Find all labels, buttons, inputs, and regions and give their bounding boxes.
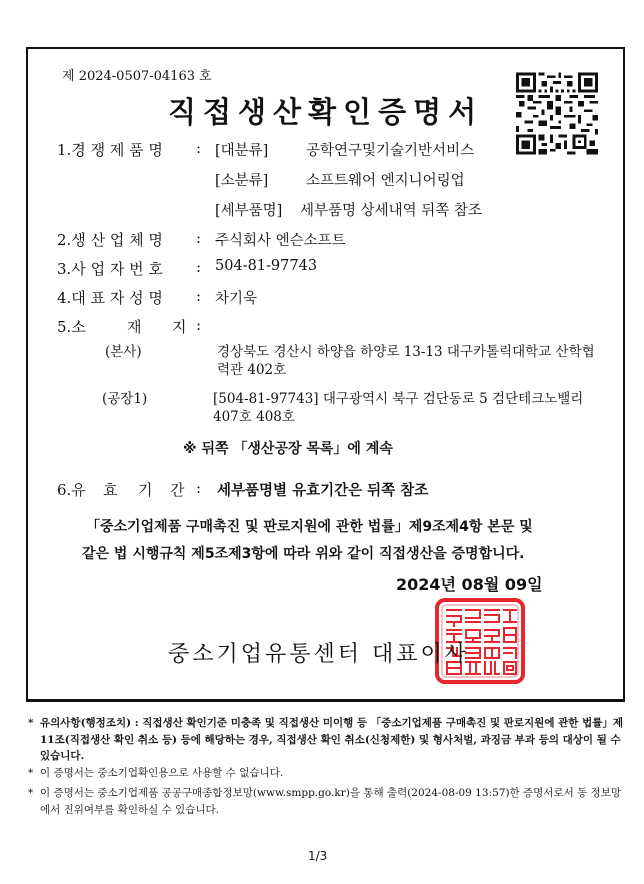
footnote-caution: * 유의사항(행정조치) : 직접생산 확인기준 미충족 및 직접생산 미이행 … <box>28 715 628 765</box>
legal-statement-line1: 「중소기업제품 구매촉진 및 판로지원에 관한 법률」제9조제4항 본문 및 <box>86 516 533 536</box>
minor-category-tag: [소분류] <box>215 169 268 190</box>
location-colon: : <box>196 316 201 334</box>
validity-label-2: 효 <box>103 479 118 500</box>
head-office-label: (본사) <box>105 340 142 360</box>
footnote-bullet: * <box>28 715 34 732</box>
location-label-num: 5.소 <box>57 316 86 337</box>
page-title: 직접생산확인증명서 <box>168 90 483 131</box>
validity-label-num: 6.유 <box>57 479 86 500</box>
issue-date: 2024년 08월 09일 <box>396 572 543 595</box>
business-number-label: 3.사 업 자 번 호 <box>57 258 163 279</box>
company-colon: : <box>196 229 201 247</box>
company-value: 주식회사 엔슨소프트 <box>215 229 346 250</box>
factory-label: (공장1) <box>102 387 147 407</box>
business-number-value: 504-81-97743 <box>215 258 317 274</box>
footnote-bullet: * <box>28 765 33 782</box>
factory-address-line2: 407호 408호 <box>213 405 295 425</box>
page-indicator: 1/3 <box>308 849 327 863</box>
validity-label-4: 간 <box>170 479 185 500</box>
qr-code-icon <box>516 72 598 155</box>
issuer-name: 중소기업유통센터 대표이사 <box>168 637 469 668</box>
footnote-text: 이 증명서는 중소기업확인용으로 사용할 수 없습니다. <box>40 767 283 779</box>
major-category-value: 공학연구및기술기반서비스 <box>306 139 474 160</box>
factory-address-line1: [504-81-97743] 대구광역시 북구 검단동로 5 검단테크노밸리 <box>213 387 583 407</box>
head-office-address-line1: 경상북도 경산시 하양읍 하양로 13-13 대구카톨릭대학교 산학협 <box>217 340 595 360</box>
product-colon: : <box>196 139 201 157</box>
document-number: 제 2024-0507-04163 호 <box>62 65 212 84</box>
footnote-text: 유의사항(행정조치) : 직접생산 확인기준 미충족 및 직접생산 미이행 등 … <box>40 717 623 762</box>
company-label: 2.생 산 업 체 명 <box>57 229 163 250</box>
minor-category-value: 소프트웨어 엔지니어링업 <box>306 169 465 190</box>
footnote-text: 이 증명서는 중소기업제품 공공구매종합정보망(www.smpp.go.kr)을… <box>40 787 621 816</box>
representative-label: 4.대 표 자 성 명 <box>57 287 163 308</box>
footnote-usage: * 이 증명서는 중소기업확인용으로 사용할 수 없습니다. <box>28 765 628 782</box>
product-label: 1.경 쟁 제 품 명 <box>57 139 163 160</box>
location-label-end: 지 <box>172 316 187 337</box>
validity-label-3: 기 <box>138 479 153 500</box>
representative-colon: : <box>196 287 201 305</box>
footnote-verification: * 이 증명서는 중소기업제품 공공구매종합정보망(www.smpp.go.kr… <box>28 785 628 818</box>
representative-value: 차기욱 <box>215 287 257 308</box>
footnotes: * 유의사항(행정조치) : 직접생산 확인기준 미충족 및 직접생산 미이행 … <box>28 715 628 818</box>
validity-value: 세부품명별 유효기간은 뒤쪽 참조 <box>217 479 428 500</box>
continued-note: ※ 뒤쪽 「생산공장 목록」에 계속 <box>183 438 393 458</box>
head-office-address-line2: 력관 402호 <box>217 358 286 378</box>
major-category-tag: [대분류] <box>215 139 268 160</box>
location-label-mid: 재 <box>127 316 142 337</box>
legal-statement-line2: 같은 법 시행규칙 제5조제3항에 따라 위와 같이 직접생산을 증명합니다. <box>82 543 524 563</box>
detail-item-value: 세부품명 상세내역 뒤쪽 참조 <box>300 199 482 220</box>
business-number-colon: : <box>196 258 201 276</box>
detail-item-tag: [세부품명] <box>215 199 282 220</box>
validity-colon: : <box>196 479 201 497</box>
footnote-bullet: * <box>28 785 33 802</box>
